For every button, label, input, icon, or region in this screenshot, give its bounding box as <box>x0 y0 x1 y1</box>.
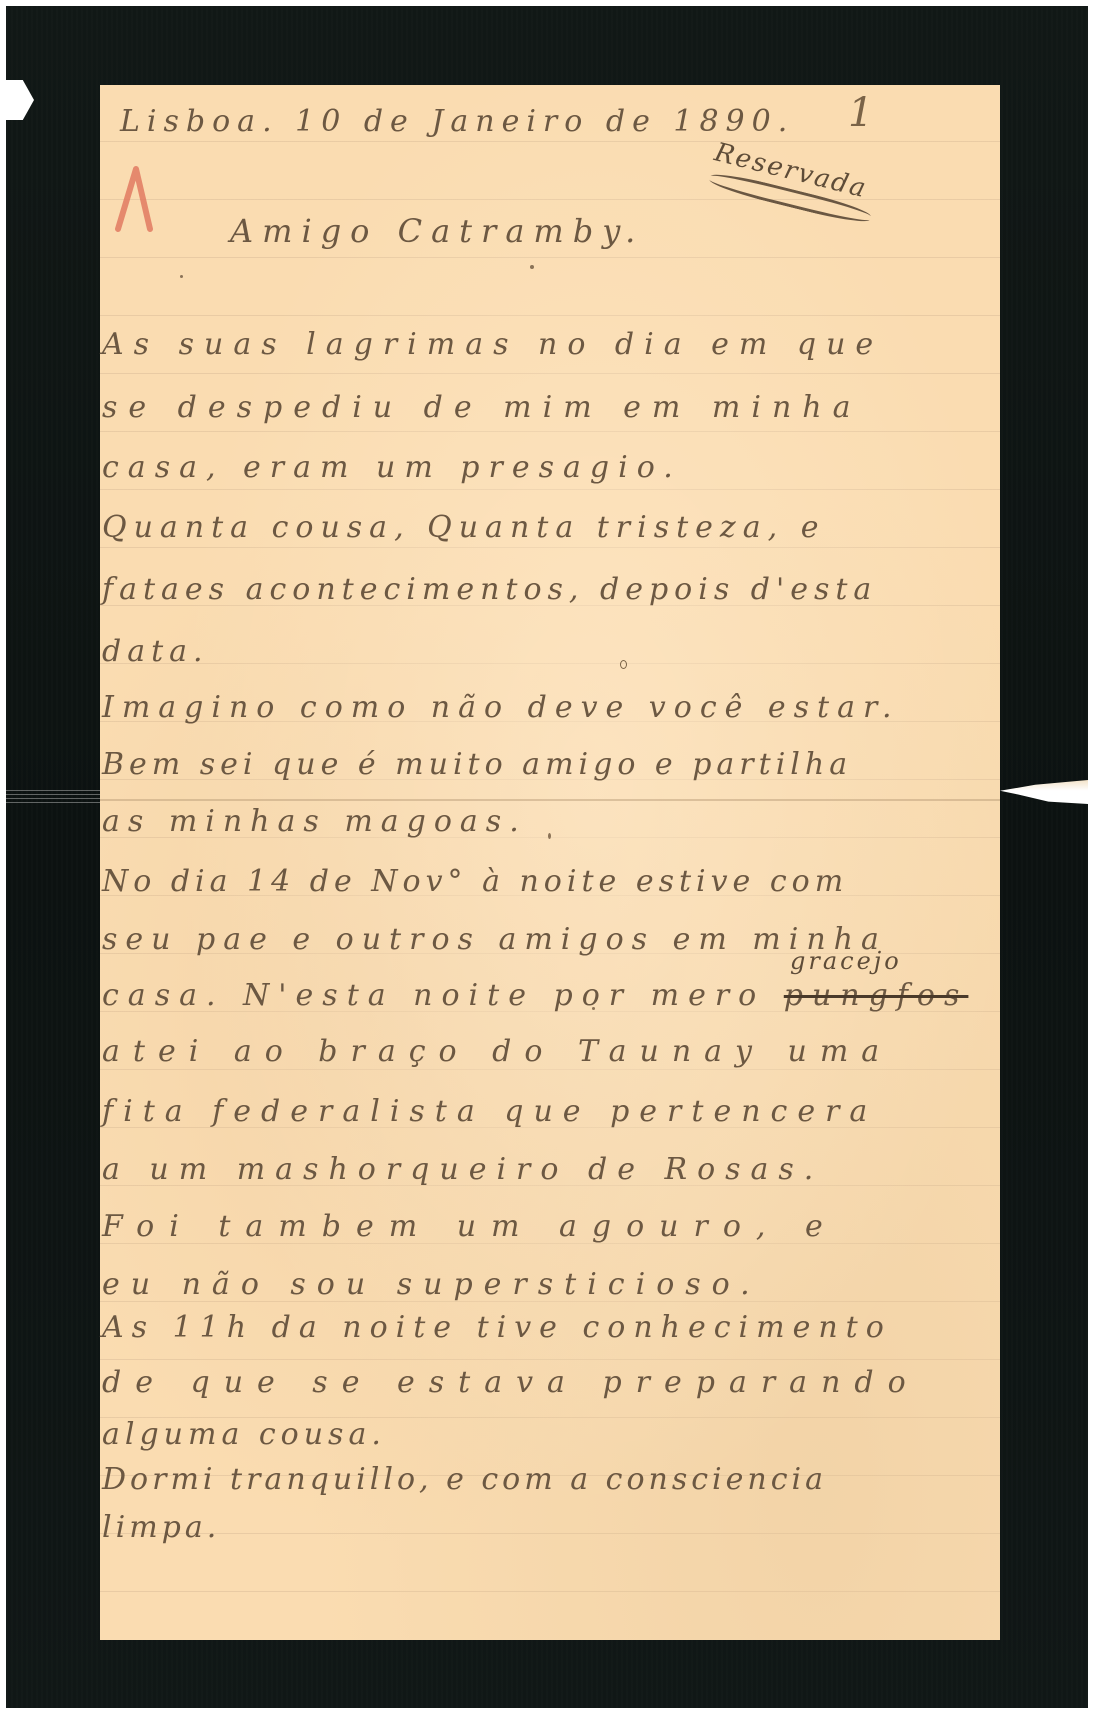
letter-line: fita federalista que pertencera <box>102 1097 877 1127</box>
letter-line: data. <box>102 637 209 667</box>
letter-line: a um mashorqueiro de Rosas. <box>102 1155 823 1185</box>
paper-spot <box>620 660 627 669</box>
salutation: Amigo Catramby. <box>230 215 644 247</box>
red-pencil-mark-icon <box>114 163 158 233</box>
fold-crease-left <box>6 790 100 804</box>
letter-line: seu pae e outros amigos em minha <box>102 925 887 955</box>
letter-page: Λ 1 Lisboa. 10 de Janeiro de 1890. Reser… <box>100 85 1000 1640</box>
letter-line: eu não sou supersticioso. <box>102 1270 761 1300</box>
ink-speck <box>180 275 183 278</box>
letter-line: Foi tambem um agouro, e <box>102 1212 838 1242</box>
letter-line: As 11h da noite tive conhecimento <box>102 1313 892 1343</box>
letter-line: No dia 14 de Nov° à noite estive com <box>102 867 848 897</box>
letter-line: casa. N'esta noite por mero <box>102 978 765 1013</box>
letter-line-with-correction: casa. N'esta noite por mero pungfos <box>102 981 968 1011</box>
letter-line: de que se estava preparando <box>102 1368 920 1398</box>
page-number: 1 <box>848 90 873 136</box>
struck-word: pungfos <box>784 978 969 1013</box>
letter-line: Quanta cousa, Quanta tristeza, e <box>102 513 825 543</box>
ink-speck <box>548 833 551 839</box>
letter-line: casa, eram um presagio. <box>102 453 682 483</box>
letter-line: fataes acontecimentos, depois d'esta <box>102 575 877 605</box>
letter-line: Bem sei que é muito amigo e partilha <box>102 750 852 780</box>
ink-speck <box>592 1007 595 1010</box>
inserted-word: gracejo <box>790 947 902 975</box>
letter-line: atei ao braço do Taunay uma <box>102 1037 892 1067</box>
letter-line: alguma cousa. <box>102 1420 386 1450</box>
letter-line: As suas lagrimas no dia em que <box>102 330 883 360</box>
letter-line: Dormi tranquillo, e com a consciencia <box>102 1465 827 1495</box>
letter-line: se despediu de mim em minha <box>102 393 861 423</box>
letter-line: Imagino como não deve você estar. <box>102 693 900 723</box>
letter-line: as minhas magoas. <box>102 807 527 837</box>
ink-speck <box>530 265 534 269</box>
letter-line: limpa. <box>102 1513 220 1543</box>
place-date: Lisboa. 10 de Janeiro de 1890. <box>120 107 794 137</box>
fold-line <box>100 799 1000 801</box>
